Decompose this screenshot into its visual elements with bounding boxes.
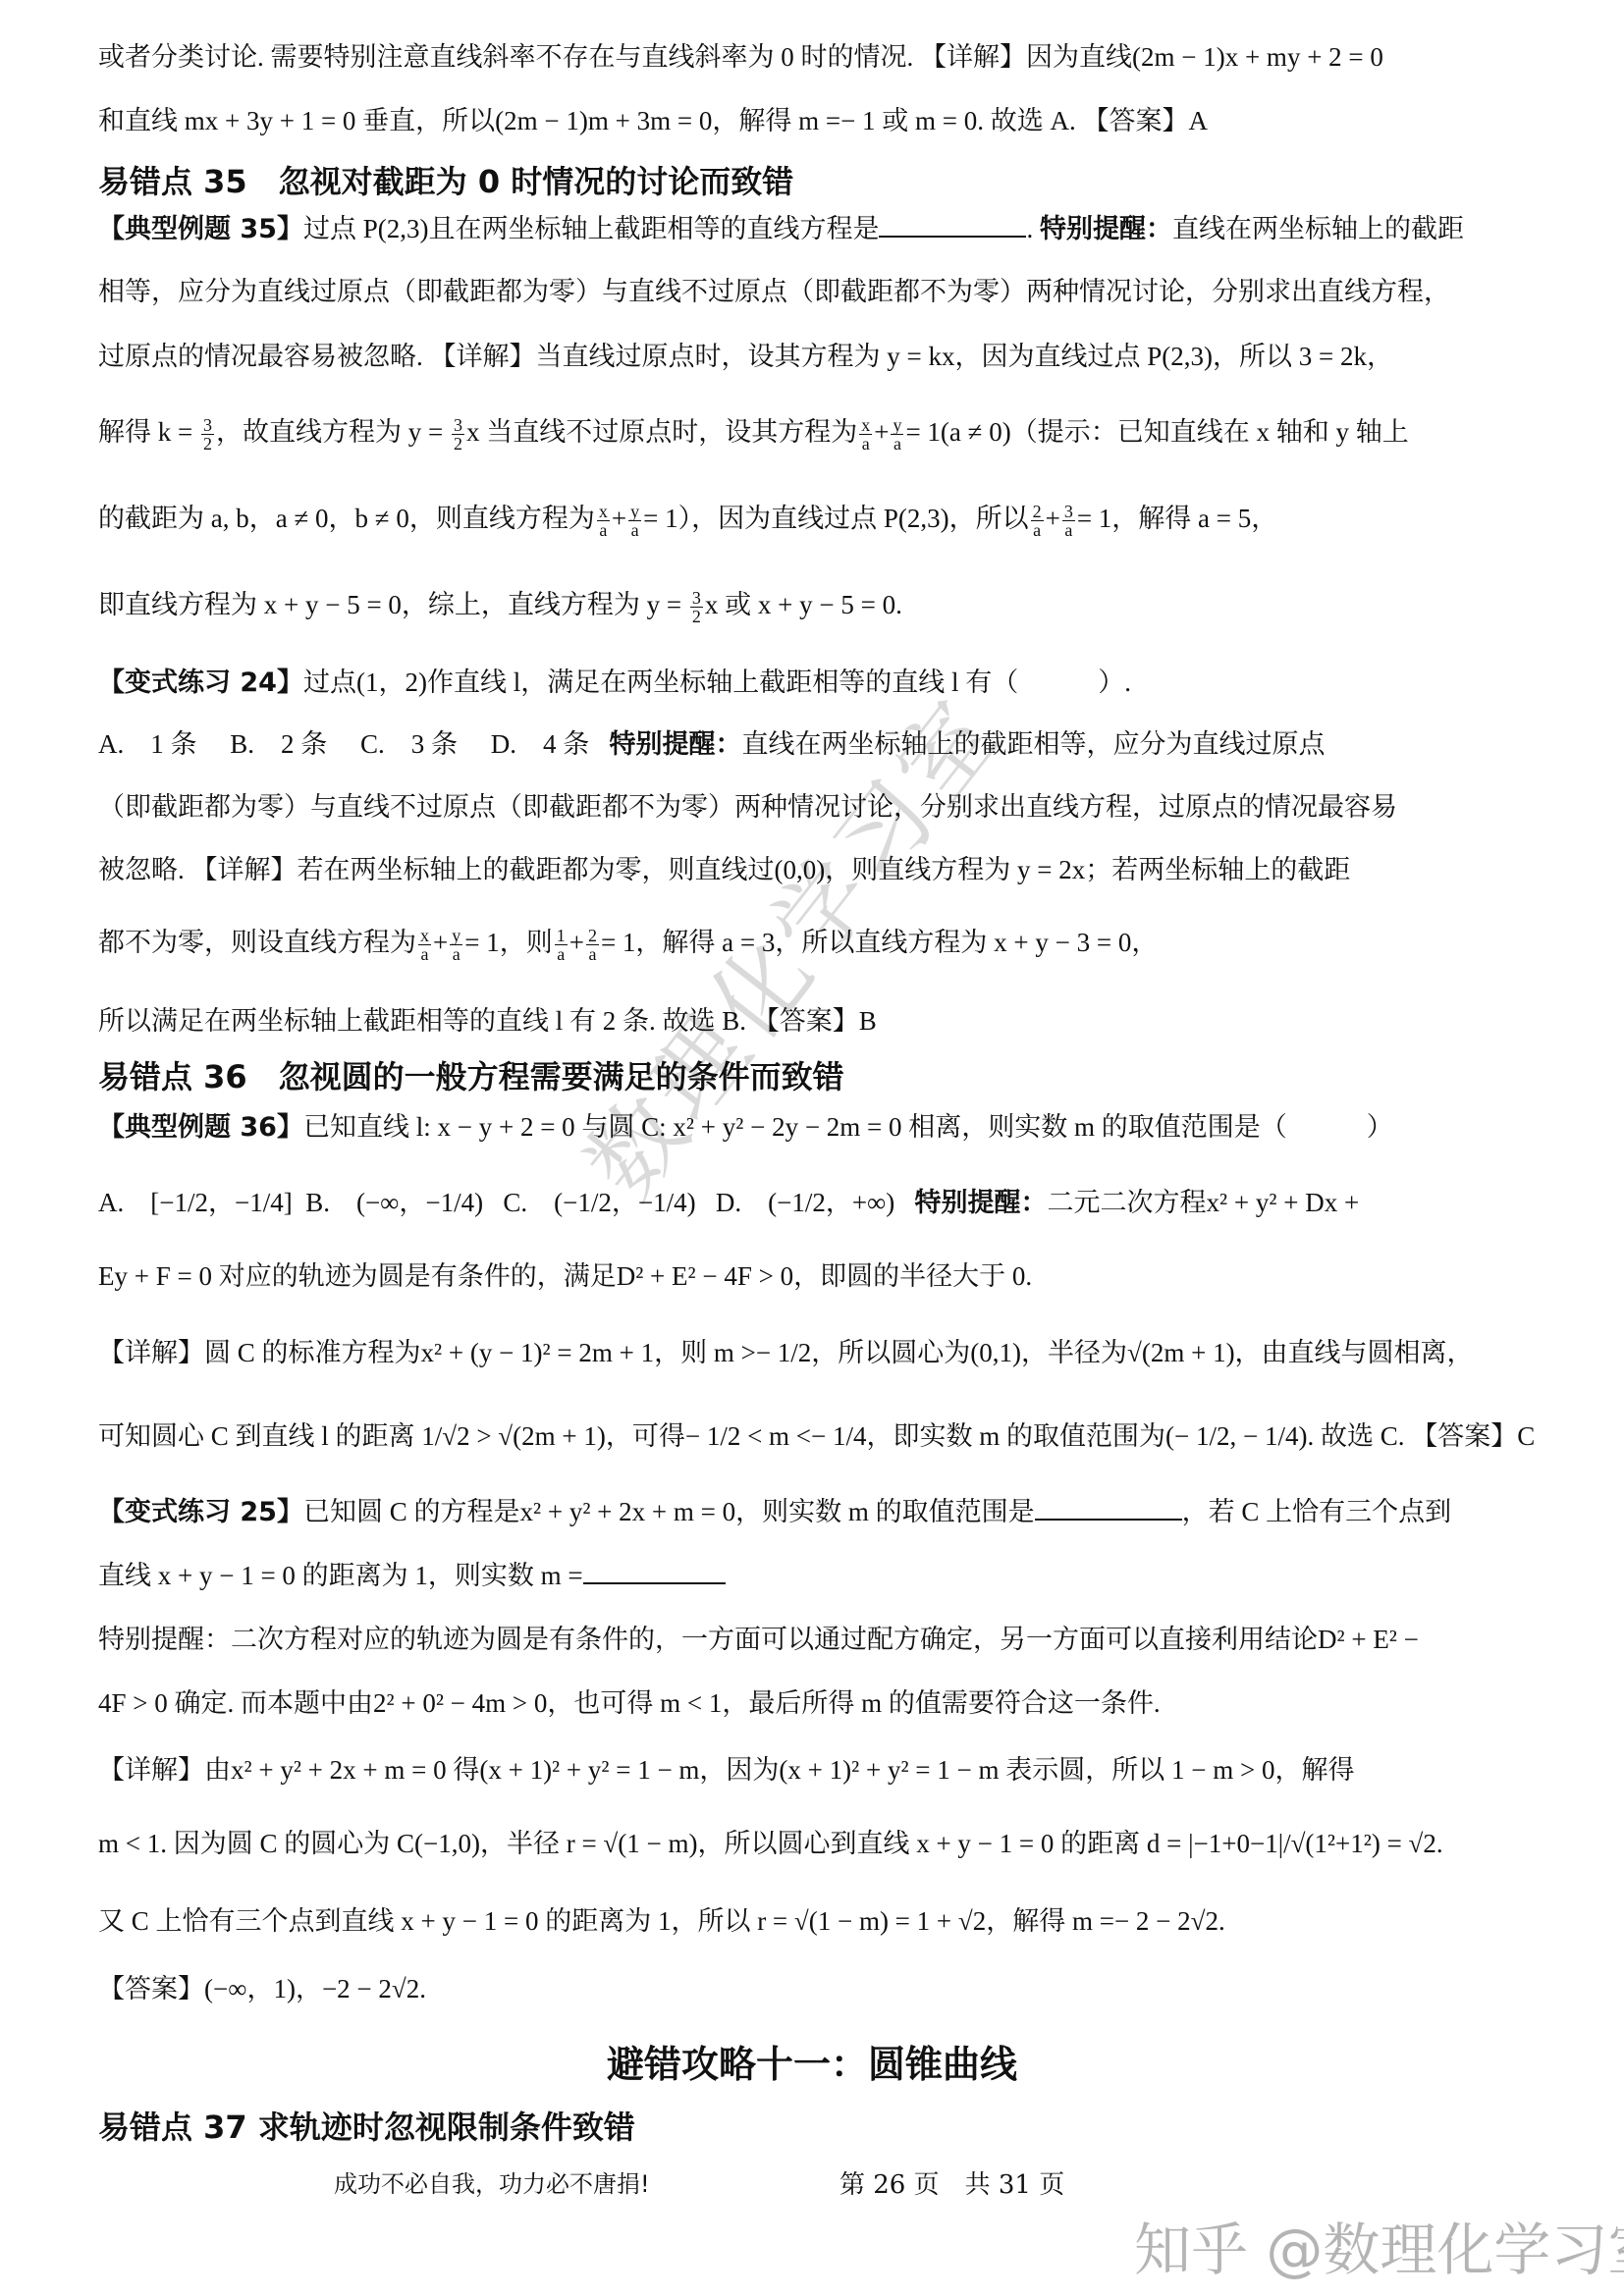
tip-text: 二元二次方程x² + y² + Dx + — [1048, 1188, 1360, 1217]
text-line: 【详解】圆 C 的标准方程为x² + (y − 1)² = 2m + 1，则 m… — [98, 1333, 1571, 1372]
answer-line: 【答案】(−∞，1)，−2 − 2√2. — [98, 1969, 1571, 2008]
document-page: 数理化学习室 或者分类讨论. 需要特别注意直线斜率不存在与直线斜率为 0 时的情… — [0, 0, 1624, 2296]
option-d: D. 4 条 — [491, 729, 590, 759]
text-segment: 的截距为 a, b，a ≠ 0，b ≠ 0，则直线方程为 — [98, 504, 595, 533]
section-heading-35: 易错点 35 忽视对截距为 0 时情况的讨论而致错 — [98, 157, 793, 202]
practice-label: 【变式练习 24】 — [98, 667, 303, 698]
text-line: m < 1. 因为圆 C 的圆心为 C(−1,0)，半径 r = √(1 − m… — [98, 1824, 1571, 1863]
answer-blank — [879, 210, 1026, 238]
fraction: 2a — [1031, 503, 1044, 539]
text-segment: = 1，解得 a = 5， — [1077, 504, 1277, 533]
tip-text: 直线在两坐标轴上的截距相等，应分为直线过原点 — [742, 729, 1326, 759]
practice-25-line2: 直线 x + y − 1 = 0 的距离为 1，则实数 m = — [98, 1556, 1571, 1595]
option-b: B. 2 条 — [230, 729, 327, 759]
chapter-title: 避错攻略十一：圆锥曲线 — [0, 2034, 1624, 2088]
practice-24-question: 【变式练习 24】过点(1，2)作直线 l，满足在两坐标轴上截距相等的直线 l … — [98, 663, 1571, 703]
text-line-fraction: 都不为零，则设直线方程为xa+ya= 1，则1a+2a= 1，解得 a = 3，… — [98, 923, 1571, 963]
text-line: 和直线 mx + 3y + 1 = 0 垂直，所以(2m − 1)m + 3m … — [98, 101, 1571, 140]
example-label: 【典型例题 35】 — [98, 214, 303, 244]
example-36-line: 【典型例题 36】已知直线 l: x − y + 2 = 0 与圆 C: x² … — [98, 1107, 1571, 1148]
text-line-fraction: 解得 k = 32，故直线方程为 y = 32x 当直线不过原点时，设其方程为x… — [98, 412, 1571, 453]
fraction: ya — [450, 927, 462, 963]
section-heading-37: 易错点 37 求轨迹时忽视限制条件致错 — [98, 2103, 635, 2148]
text-segment: = 1，则 — [464, 928, 552, 957]
text-segment: 解得 k = — [98, 417, 192, 447]
text-line-fraction: 的截距为 a, b，a ≠ 0，b ≠ 0，则直线方程为xa+ya= 1），因为… — [98, 499, 1571, 539]
footer-motto: 成功不必自我，功力必不唐捐! — [334, 2164, 650, 2199]
text-line: Ey + F = 0 对应的轨迹为圆是有条件的，满足D² + E² − 4F >… — [98, 1256, 1571, 1296]
practice-25-question: 【变式练习 25】已知圆 C 的方程是x² + y² + 2x + m = 0，… — [98, 1492, 1571, 1532]
example-35-line: 【典型例题 35】过点 P(2,3)且在两坐标轴上截距相等的直线方程是. 特别提… — [98, 209, 1571, 249]
fraction: xa — [597, 503, 610, 539]
text-segment: = 1），因为直线过点 P(2,3)，所以 — [643, 504, 1028, 533]
text-segment: x 或 x + y − 5 = 0. — [705, 590, 902, 619]
text-line-fraction: 即直线方程为 x + y − 5 = 0，综上，直线方程为 y = 32x 或 … — [98, 585, 1571, 625]
option-d: D. (−1/2，+∞) — [716, 1188, 894, 1217]
fraction: ya — [891, 416, 903, 453]
fraction: 32 — [201, 416, 214, 453]
fraction: 32 — [690, 589, 703, 625]
practice-text: 过点(1，2)作直线 l，满足在两坐标轴上截距相等的直线 l 有（ ）. — [303, 667, 1131, 697]
fraction: 2a — [586, 927, 599, 963]
tip-label: 特别提醒： — [915, 1188, 1048, 1218]
practice-24-options: A. 1 条 B. 2 条 C. 3 条 D. 4 条 特别提醒：直线在两坐标轴… — [98, 724, 1571, 765]
tip-label: 特别提醒： — [610, 729, 742, 760]
fraction: 3a — [1062, 503, 1075, 539]
text-segment: 都不为零，则设直线方程为 — [98, 928, 416, 957]
option-c: C. 3 条 — [360, 729, 458, 759]
text-line: 可知圆心 C 到直线 l 的距离 1/√2 > √(2m + 1)，可得− 1/… — [98, 1416, 1571, 1456]
practice-label: 【变式练习 25】 — [98, 1497, 303, 1527]
answer-blank — [1035, 1493, 1182, 1521]
text-line: 被忽略. 【详解】若在两坐标轴上的截距都为零，则直线过(0,0)，则直线方程为 … — [98, 850, 1571, 889]
text-segment: 即直线方程为 x + y − 5 = 0，综上，直线方程为 y = — [98, 590, 681, 619]
option-a: A. [−1/2，−1/4] — [98, 1188, 293, 1217]
answer-blank — [583, 1557, 726, 1584]
text-segment: = 1，解得 a = 3，所以直线方程为 x + y − 3 = 0， — [601, 928, 1158, 957]
text-line: （即截距都为零）与直线不过原点（即截距都不为零）两种情况讨论，分别求出直线方程，… — [98, 787, 1571, 827]
text-segment: x 当直线不过原点时，设其方程为 — [466, 417, 857, 447]
example-text: 过点 P(2,3)且在两坐标轴上截距相等的直线方程是 — [303, 214, 880, 243]
practice-text: 直线 x + y − 1 = 0 的距离为 1，则实数 m = — [98, 1561, 583, 1590]
text-line: 4F > 0 确定. 而本题中由2² + 0² − 4m > 0，也可得 m <… — [98, 1683, 1571, 1723]
example-text: 已知直线 l: x − y + 2 = 0 与圆 C: x² + y² − 2y… — [303, 1112, 1393, 1142]
option-c: C. (−1/2，−1/4) — [503, 1188, 695, 1217]
fraction: ya — [628, 503, 641, 539]
example-36-options: A. [−1/2，−1/4] B. (−∞，−1/4) C. (−1/2，−1/… — [98, 1183, 1571, 1223]
text-line: 又 C 上恰有三个点到直线 x + y − 1 = 0 的距离为 1，所以 r … — [98, 1901, 1571, 1941]
fraction: 32 — [452, 416, 464, 453]
practice-text: 已知圆 C 的方程是x² + y² + 2x + m = 0，则实数 m 的取值… — [303, 1497, 1035, 1526]
option-a: A. 1 条 — [98, 729, 197, 759]
corner-watermark: 知乎 @数理化学习室 — [1134, 2204, 1624, 2286]
text-line: 【详解】由x² + y² + 2x + m = 0 得(x + 1)² + y²… — [98, 1750, 1571, 1789]
text-line: 所以满足在两坐标轴上截距相等的直线 l 有 2 条. 故选 B. 【答案】B — [98, 1001, 1571, 1041]
tip-label: 特别提醒： — [1040, 214, 1172, 244]
text-line: 过原点的情况最容易被忽略. 【详解】当直线过原点时，设其方程为 y = kx，因… — [98, 337, 1571, 376]
section-heading-36: 易错点 36 忽视圆的一般方程需要满足的条件而致错 — [98, 1052, 844, 1097]
fraction: 1a — [555, 927, 568, 963]
text-line: 特别提醒：二次方程对应的轨迹为圆是有条件的，一方面可以通过配方确定，另一方面可以… — [98, 1620, 1571, 1659]
text-segment: ，故直线方程为 y = — [216, 417, 443, 447]
example-label: 【典型例题 36】 — [98, 1112, 303, 1143]
tip-text: 直线在两坐标轴上的截距 — [1172, 214, 1464, 243]
text-line: 或者分类讨论. 需要特别注意直线斜率不存在与直线斜率为 0 时的情况. 【详解】… — [98, 37, 1571, 77]
fraction: xa — [859, 416, 872, 453]
option-b: B. (−∞，−1/4) — [305, 1188, 483, 1217]
text-line: 相等，应分为直线过原点（即截距都为零）与直线不过原点（即截距都不为零）两种情况讨… — [98, 272, 1571, 311]
fraction: xa — [418, 927, 431, 963]
text-segment: = 1(a ≠ 0)（提示：已知直线在 x 轴和 y 轴上 — [905, 417, 1408, 447]
page-number: 第 26 页 共 31 页 — [839, 2164, 1064, 2201]
practice-text: ，若 C 上恰有三个点到 — [1182, 1497, 1452, 1526]
